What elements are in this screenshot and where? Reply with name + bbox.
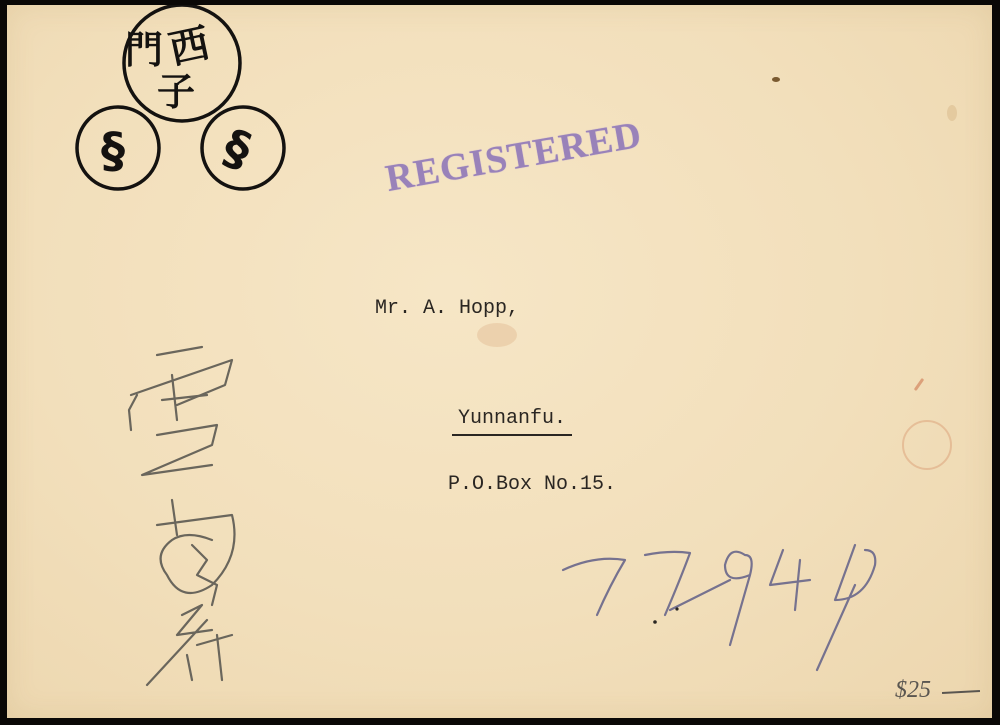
logo-char-zi: 子 [157,70,195,114]
stain [477,323,517,347]
sender-logo: 門 西 子 § § [69,5,289,200]
price-dash [942,690,980,694]
logo-characters: 門 西 子 § § [101,20,258,179]
registered-stamp: REGISTERED [382,113,645,201]
logo-right-symbol: § [216,119,258,180]
ink-dot [653,620,657,624]
price-note: $25 [895,677,931,704]
logo-char-xi: 西 [165,20,214,73]
faint-postmark-mark [914,378,924,391]
envelope: 門 西 子 § § REGISTERED Mr. A. Hopp, Yunnan… [7,5,992,718]
logo-char-men: 門 [125,28,163,72]
stain [772,77,780,82]
faint-postmark [902,420,952,470]
stain [947,105,957,121]
ink-dot [675,607,678,610]
handwritten-chinese-address [117,335,257,695]
handwritten-number [555,525,885,675]
recipient-name: Mr. A. Hopp, [375,297,519,320]
recipient-city: Yunnanfu. [452,407,572,436]
logo-left-symbol: § [101,123,125,179]
recipient-po-box: P.O.Box No.15. [448,473,616,496]
